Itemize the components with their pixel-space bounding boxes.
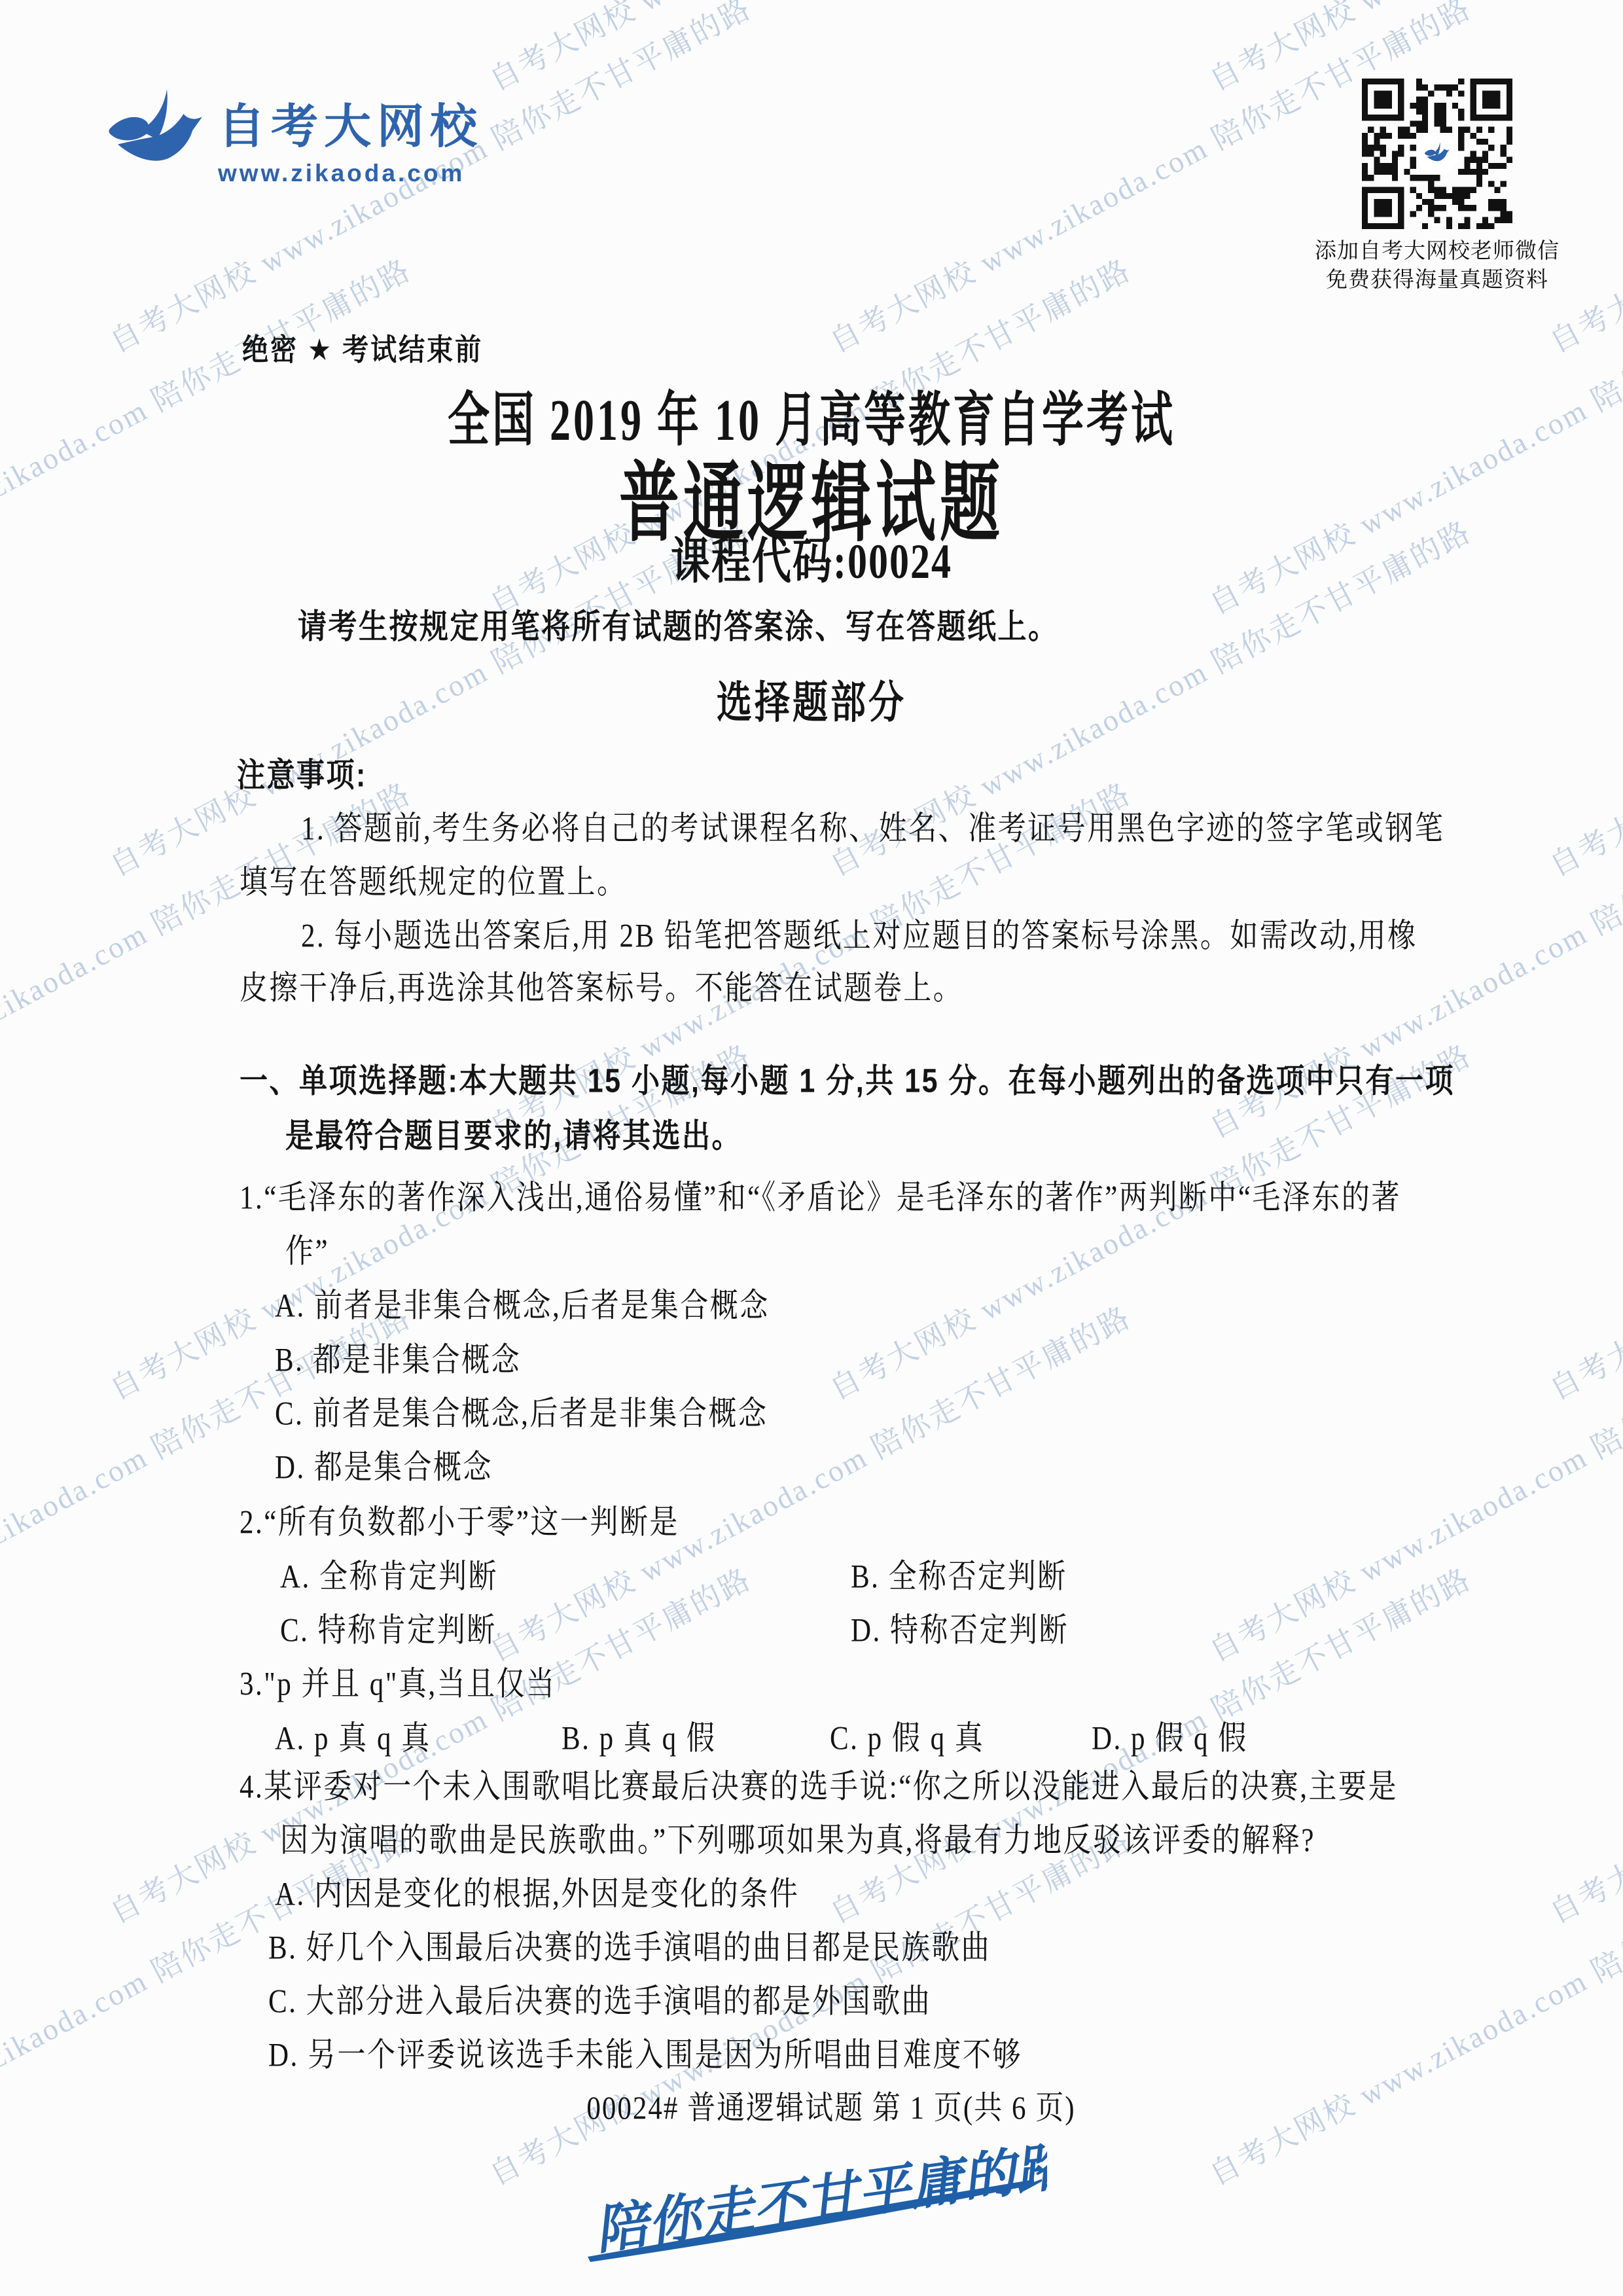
section-one-header-line-1: 一、单项选择题:本大题共 15 小题,每小题 1 分,共 15 分。在每小题列出… — [240, 1055, 1455, 1102]
note-2-line-1: 2. 每小题选出答案后,用 2B 铅笔把答题纸上对应题目的答案标号涂黑。如需改动… — [301, 910, 1418, 957]
notes-heading: 注意事项: — [237, 749, 367, 797]
question-1-option-d: D. 都是集合概念 — [275, 1441, 493, 1488]
qr-block: 添加自考大网校老师微信 免费获得海量真题资料 — [1306, 79, 1569, 295]
question-3-option-d: D. p 假 q 假 — [1092, 1712, 1248, 1759]
question-3-line-1: 3."p 并且 q"真,当且仅当 — [240, 1658, 556, 1705]
question-4-line-1: 4.某评委对一个未入围歌唱比赛最后决赛的选手说:“你之所以没能进入最后的决赛,主… — [240, 1761, 1398, 1808]
logo: 自考大网校 www.zikaoda.com — [108, 71, 483, 198]
watermark-text: 自考大网校 www.zikaoda.com 陪你走不甘平庸的路 — [1541, 1032, 1623, 1409]
question-4-option-a: A. 内因是变化的根据,外因是变化的条件 — [275, 1868, 799, 1915]
dove-logo-icon — [108, 71, 206, 198]
part-title: 选择题部分 — [0, 668, 1623, 730]
slogan-text: 陪你走不甘平庸的路! — [592, 2142, 1047, 2261]
section-one-header-line-2: 是最符合题目要求的,请将其选出。 — [285, 1110, 741, 1157]
question-2-option-a: A. 全称肯定判断 — [280, 1551, 498, 1598]
question-3-option-b: B. p 真 q 假 — [562, 1712, 716, 1759]
note-1-line-1: 1. 答题前,考生务必将自己的考试课程名称、姓名、准考证号用黑色字迹的签字笔或钢… — [301, 802, 1444, 850]
qr-finder-bottom-left — [1365, 190, 1401, 226]
question-1-line-2: 作” — [285, 1225, 329, 1272]
qr-caption-line2: 免费获得海量真题资料 — [1306, 266, 1569, 295]
question-3-option-c: C. p 假 q 真 — [830, 1712, 984, 1759]
exam-paper-page: 自考大网校 www.zikaoda.com 陪你走不甘平庸的路自考大网校 www… — [0, 0, 1623, 2296]
watermark-text: 自考大网校 www.zikaoda.com 陪你走不甘平庸的路 — [1541, 1556, 1623, 1933]
qr-code — [1362, 79, 1512, 229]
question-1-line-1: 1.“毛泽东的著作深入浅出,通俗易懂”和“《矛盾论》是毛泽东的著作”两判断中“毛… — [240, 1172, 1401, 1219]
qr-caption-line1: 添加自考大网校老师微信 — [1306, 237, 1569, 266]
question-2-option-d: D. 特称否定判断 — [851, 1604, 1069, 1651]
question-2-line-1: 2.“所有负数都小于零”这一判断是 — [240, 1496, 679, 1543]
qr-finder-top-left — [1365, 82, 1401, 118]
secrecy-label: 绝密 ★ 考试结束前 — [242, 326, 483, 369]
logo-name: 自考大网校 — [218, 103, 483, 151]
question-3-option-a: A. p 真 q 真 — [275, 1712, 431, 1759]
course-code: 课程代码:00024 — [0, 522, 1623, 593]
slogan-graphic: 陪你走不甘平庸的路! — [576, 2142, 1047, 2279]
logo-text: 自考大网校 www.zikaoda.com — [218, 71, 483, 198]
question-4-option-d: D. 另一个评委说该选手未能入围是因为所唱曲目难度不够 — [268, 2029, 1022, 2076]
qr-finder-top-right — [1473, 82, 1509, 118]
question-4-option-c: C. 大部分进入最后决赛的选手演唱的都是外国歌曲 — [268, 1975, 931, 2022]
question-4-line-2: 因为演唱的歌曲是民族歌曲。”下列哪项如果为真,将最有力地反驳该评委的解释? — [280, 1814, 1315, 1861]
answer-instruction: 请考生按规定用笔将所有试题的答案涂、写在答题纸上。 — [298, 599, 1059, 649]
question-2-option-c: C. 特称肯定判断 — [280, 1604, 497, 1651]
watermark-text: 自考大网校 www.zikaoda.com 陪你走不甘平庸的路 — [1201, 1818, 1623, 2195]
question-1-option-a: A. 前者是非集合概念,后者是集合概念 — [275, 1280, 770, 1327]
question-1-option-b: B. 都是非集合概念 — [275, 1334, 521, 1381]
question-2-option-b: B. 全称否定判断 — [851, 1551, 1067, 1598]
page-footer: 00024# 普通逻辑试题 第 1 页(共 6 页) — [20, 2083, 1623, 2128]
question-4-option-b: B. 好几个入围最后决赛的选手演唱的曲目都是民族歌曲 — [268, 1922, 991, 1969]
logo-url: www.zikaoda.com — [218, 160, 483, 187]
question-1-option-c: C. 前者是集合概念,后者是非集合概念 — [275, 1388, 768, 1435]
note-1-line-2: 填写在答题纸规定的位置上。 — [240, 856, 627, 903]
note-2-line-2: 皮擦干净后,再选涂其他答案标号。不能答在试题卷上。 — [240, 962, 963, 1009]
